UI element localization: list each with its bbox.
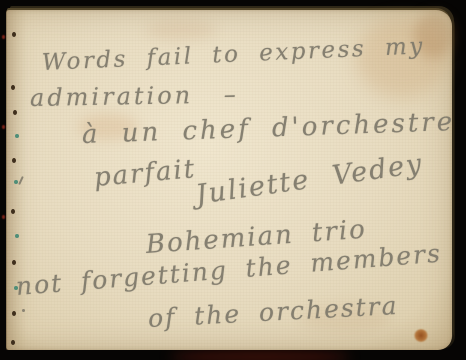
binding-red-speck — [2, 125, 5, 129]
stitch-speck — [12, 311, 16, 316]
stray-pencil-dot — [22, 309, 25, 312]
stitch-speck — [12, 32, 16, 37]
stitch-speck — [13, 110, 17, 115]
stitch-speck — [12, 260, 16, 265]
scanned-photo: Words fail to express my admiration – à … — [0, 0, 466, 360]
ink-spot — [414, 329, 428, 342]
album-shadow-glow — [170, 351, 350, 360]
binding-red-speck — [2, 35, 5, 39]
album-page: Words fail to express my admiration – à … — [6, 10, 452, 350]
handwriting-line-2: admiration – — [30, 80, 239, 112]
stitch-speck — [11, 340, 15, 345]
stitch-speck — [12, 158, 16, 163]
stitch-speck-green — [15, 234, 19, 238]
stain-top-center — [146, 20, 216, 40]
stitch-speck — [11, 85, 15, 90]
stitch-speck-green — [15, 134, 19, 138]
stitch-speck — [11, 209, 15, 214]
binding-red-speck — [2, 215, 5, 219]
